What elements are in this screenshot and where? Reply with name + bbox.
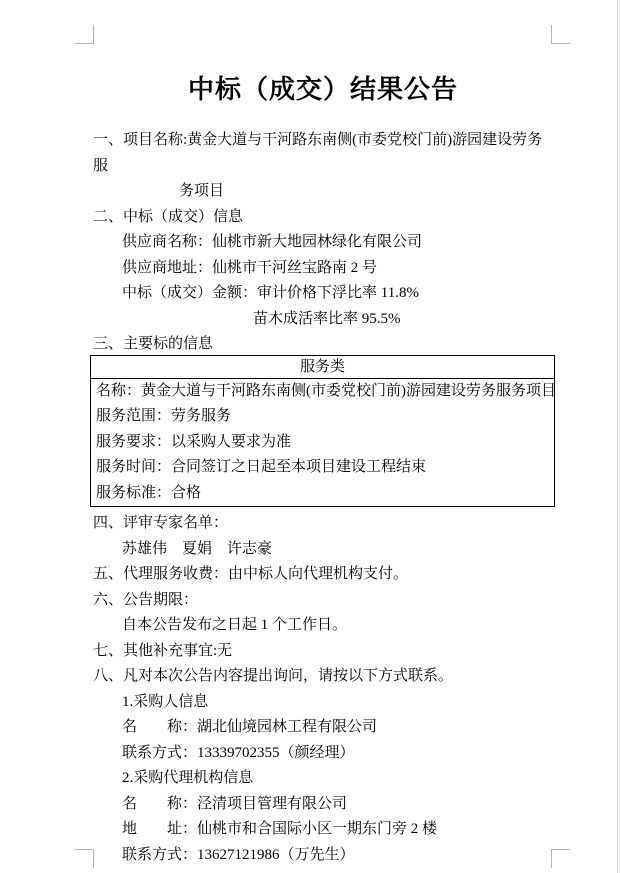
page-edge bbox=[617, 0, 618, 873]
page-margin-mark-bottom-right bbox=[551, 849, 570, 868]
page-margin-mark-top-right bbox=[551, 25, 570, 44]
line-agency-info-heading: 2.采购代理机构信息 bbox=[122, 766, 553, 792]
line-supplier-address: 供应商地址：仙桃市干河丝宝路南 2 号 bbox=[122, 256, 553, 282]
section-contact-heading: 八、凡对本次公告内容提出询问，请按以下方式联系。 bbox=[93, 664, 553, 690]
para-project-name: 一、项目名称:黄金大道与干河路东南侧(市委党校门前)游园建设劳务服 bbox=[93, 128, 553, 179]
section-agency-fee: 五、代理服务收费：由中标人向代理机构支付。 bbox=[93, 562, 553, 588]
table-row-name: 名称：黄金大道与干河路东南侧(市委党校门前)游园建设劳务服务项目 bbox=[91, 379, 554, 405]
table-row-service-time: 服务时间：合同签订之日起至本项目建设工程结束 bbox=[91, 455, 554, 481]
section-announcement-period-heading: 六、公告期限： bbox=[93, 588, 553, 614]
table-row-service-scope: 服务范围：劳务服务 bbox=[91, 404, 554, 430]
table-row-service-requirement: 服务要求：以采购人要求为准 bbox=[91, 430, 554, 456]
line-expert-names: 苏雄伟 夏娟 许志豪 bbox=[122, 537, 553, 563]
line-agency-name: 名 称：泾清项目管理有限公司 bbox=[122, 792, 553, 818]
line-agency-contact: 联系方式：13627121986（万先生） bbox=[122, 843, 553, 869]
line-supplier-name: 供应商名称：仙桃市新大地园林绿化有限公司 bbox=[122, 230, 553, 256]
line-announcement-period-value: 自本公告发布之日起 1 个工作日。 bbox=[122, 613, 553, 639]
section-other-matters: 七、其他补充事宜:无 bbox=[93, 639, 553, 665]
document-content: 中标（成交）结果公告 一、项目名称:黄金大道与干河路东南侧(市委党校门前)游园建… bbox=[93, 0, 553, 868]
line-purchaser-info-heading: 1.采购人信息 bbox=[122, 690, 553, 716]
table-row-service-standard: 服务标准：合格 bbox=[91, 481, 554, 507]
table-header-service-class: 服务类 bbox=[91, 356, 554, 379]
document-title: 中标（成交）结果公告 bbox=[93, 72, 553, 108]
line-agency-address: 地 址：仙桃市和合国际小区一期东门旁 2 楼 bbox=[122, 817, 553, 843]
section-experts-heading: 四、评审专家名单： bbox=[93, 511, 553, 537]
page-margin-mark-top-left bbox=[75, 25, 94, 44]
line-bid-amount: 中标（成交）金额：审计价格下浮比率 11.8% bbox=[122, 281, 553, 307]
section-bid-info-heading: 二、中标（成交）信息 bbox=[93, 205, 553, 231]
para-project-name-continued: 务项目 bbox=[179, 179, 553, 205]
line-purchaser-contact: 联系方式：13339702355（颜经理） bbox=[122, 741, 553, 767]
line-seedling-survival-rate: 苗木成活率比率 95.5% bbox=[253, 307, 553, 333]
page-margin-mark-bottom-left bbox=[75, 849, 94, 868]
line-purchaser-name: 名 称：湖北仙境园林工程有限公司 bbox=[122, 715, 553, 741]
subject-info-table: 服务类 名称：黄金大道与干河路东南侧(市委党校门前)游园建设劳务服务项目 服务范… bbox=[90, 355, 555, 508]
